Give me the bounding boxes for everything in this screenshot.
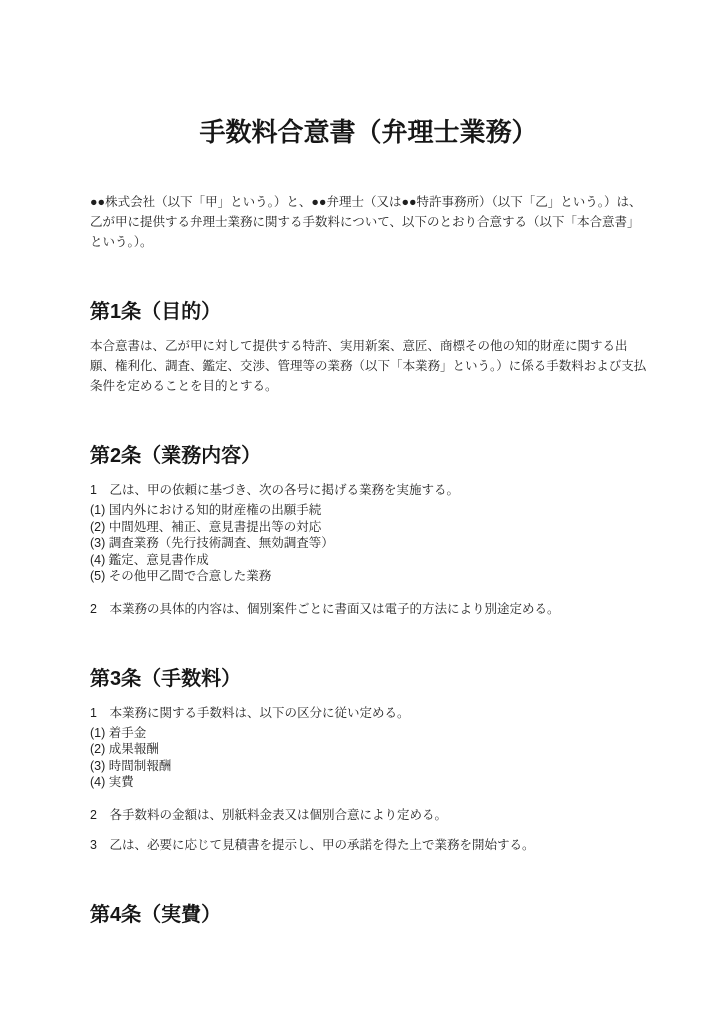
clause-paragraph: 1 本業務に関する手数料は、以下の区分に従い定める。 [90,703,647,723]
clause-paragraph: 3 乙は、必要に応じて見積書を提示し、甲の承諾を得た上で業務を開始する。 [90,835,647,855]
section-heading: 第2条（業務内容） [90,442,647,470]
clause-paragraph: 2 各手数料の金額は、別紙料金表又は個別合意により定める。 [90,805,647,825]
list-item: (3) 時間制報酬 [90,758,647,775]
document-page: 手数料合意書（弁理士業務） ●●株式会社（以下「甲」という。）と、●●弁理士（又… [0,0,724,1024]
list-item: (2) 中間処理、補正、意見書提出等の対応 [90,519,647,536]
document-title: 手数料合意書（弁理士業務） [90,115,647,150]
clause-paragraph: 1 乙は、甲の依頼に基づき、次の各号に掲げる業務を実施する。 [90,480,647,500]
section-heading: 第3条（手数料） [90,665,647,693]
section-article-4: 第4条（実費） [90,901,647,929]
clause-paragraph: 本合意書は、乙が甲に対して提供する特許、実用新案、意匠、商標その他の知的財産に関… [90,336,647,396]
section-heading: 第1条（目的） [90,298,647,326]
numbered-list: (1) 国内外における知的財産権の出願手続(2) 中間処理、補正、意見書提出等の… [90,502,647,585]
section-article-2: 第2条（業務内容）1 乙は、甲の依頼に基づき、次の各号に掲げる業務を実施する。(… [90,442,647,619]
section-heading: 第4条（実費） [90,901,647,929]
numbered-list: (1) 着手金(2) 成果報酬(3) 時間制報酬(4) 実費 [90,725,647,791]
list-item: (1) 着手金 [90,725,647,742]
sections-container: 第1条（目的）本合意書は、乙が甲に対して提供する特許、実用新案、意匠、商標その他… [90,298,647,929]
section-article-1: 第1条（目的）本合意書は、乙が甲に対して提供する特許、実用新案、意匠、商標その他… [90,298,647,396]
list-item: (2) 成果報酬 [90,741,647,758]
list-item: (5) その他甲乙間で合意した業務 [90,568,647,585]
list-item: (4) 鑑定、意見書作成 [90,552,647,569]
list-item: (4) 実費 [90,774,647,791]
section-article-3: 第3条（手数料）1 本業務に関する手数料は、以下の区分に従い定める。(1) 着手… [90,665,647,855]
clause-paragraph: 2 本業務の具体的内容は、個別案件ごとに書面又は電子的方法により別途定める。 [90,599,647,619]
list-item: (1) 国内外における知的財産権の出願手続 [90,502,647,519]
list-item: (3) 調査業務（先行技術調査、無効調査等） [90,535,647,552]
intro-paragraph: ●●株式会社（以下「甲」という。）と、●●弁理士（又は●●特許事務所）（以下「乙… [90,192,647,252]
